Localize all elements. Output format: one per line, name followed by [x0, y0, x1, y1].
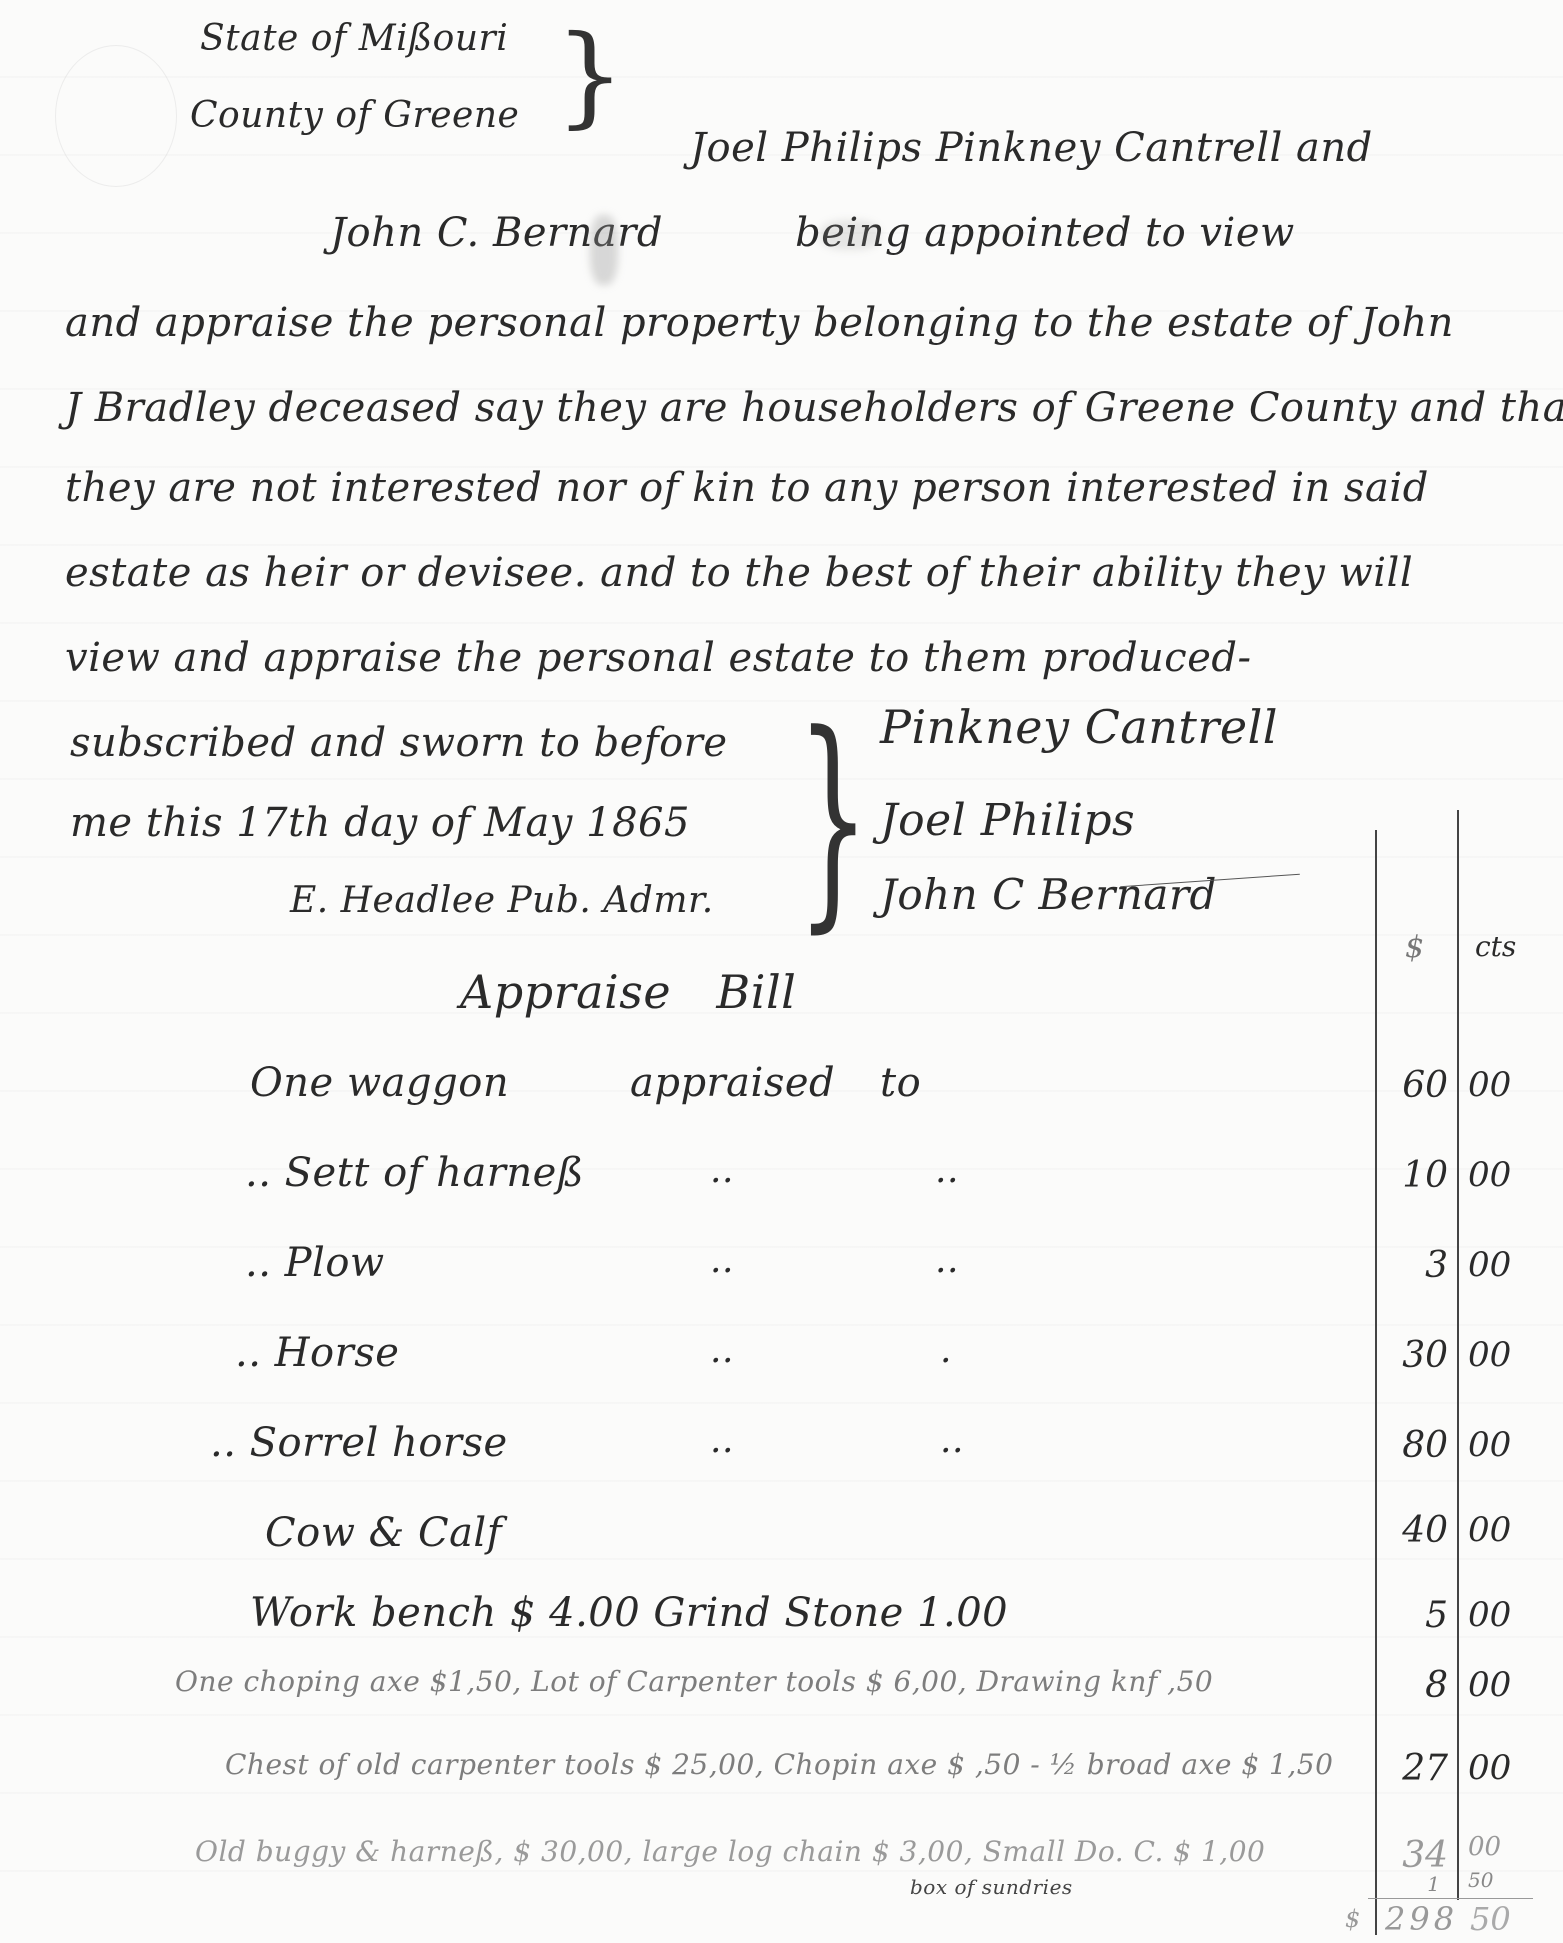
- cents-column-rule: [1457, 810, 1459, 1900]
- signature-2: Joel Philips: [880, 795, 1135, 846]
- ditto-mark: ..: [710, 1420, 734, 1461]
- item-dollars: 27: [1380, 1748, 1448, 1789]
- bill-title: Appraise Bill: [460, 965, 796, 1019]
- state-heading: State of Mißouri: [200, 18, 508, 59]
- item-dollars: 40: [1380, 1510, 1448, 1551]
- item-cents: 00: [1468, 1065, 1511, 1105]
- item-dollars: 1: [1380, 1872, 1440, 1896]
- total-rule: [1368, 1898, 1533, 1899]
- item-description: Chest of old carpenter tools $ 25,00, Ch…: [225, 1748, 1333, 1781]
- cents-column-header: cts: [1475, 930, 1516, 963]
- county-heading: County of Greene: [190, 95, 519, 136]
- item-dollars: 10: [1380, 1155, 1448, 1196]
- item-to-label: to: [880, 1060, 921, 1106]
- oath-line-3: and appraise the personal property belon…: [65, 300, 1454, 346]
- item-description: One waggon: [250, 1060, 509, 1106]
- oath-line-7: view and appraise the personal estate to…: [65, 635, 1252, 681]
- item-description: .. Horse: [235, 1330, 399, 1376]
- item-cents: 00: [1468, 1510, 1511, 1550]
- dollars-column-header: $: [1405, 930, 1424, 965]
- item-cents: 00: [1468, 1335, 1511, 1375]
- signature-1: Pinkney Cantrell: [880, 700, 1278, 754]
- oath-line-1: Joel Philips Pinkney Cantrell and: [690, 125, 1373, 171]
- oath-line-2: John C. Bernard being appointed to view: [330, 210, 1295, 256]
- item-cents: 00: [1468, 1425, 1511, 1465]
- embossed-seal: [55, 45, 177, 187]
- heading-brace: }: [555, 20, 625, 130]
- ditto-mark: ..: [710, 1330, 734, 1371]
- item-cents: 00: [1468, 1832, 1501, 1862]
- jurat-line-2: me this 17th day of May 1865: [70, 800, 690, 846]
- ditto-mark: ..: [940, 1420, 964, 1461]
- dollars-column-rule: [1375, 830, 1377, 1935]
- total-dollars: 298: [1385, 1900, 1458, 1938]
- ditto-mark: ..: [710, 1240, 734, 1281]
- item-cents: 00: [1468, 1665, 1511, 1705]
- oath-line-5: they are not interested nor of kin to an…: [65, 465, 1429, 511]
- item-description: One choping axe $1,50, Lot of Carpenter …: [175, 1665, 1213, 1698]
- item-dollars: 60: [1380, 1065, 1448, 1106]
- item-description: Old buggy & harneß, $ 30,00, large log c…: [195, 1835, 1265, 1868]
- item-dollars: 30: [1380, 1335, 1448, 1376]
- item-cents: 50: [1468, 1868, 1493, 1892]
- item-dollars: 34: [1380, 1835, 1448, 1876]
- signature-brace: }: [797, 705, 870, 935]
- item-dollars: 80: [1380, 1425, 1448, 1466]
- item-appraised-label: appraised: [630, 1060, 835, 1106]
- jurat-official: E. Headlee Pub. Admr.: [290, 880, 714, 921]
- oath-line-4: J Bradley deceased say they are househol…: [65, 385, 1563, 431]
- jurat-line-1: subscribed and sworn to before: [70, 720, 728, 766]
- ditto-mark: ..: [710, 1150, 734, 1191]
- total-cents: 50: [1470, 1900, 1511, 1938]
- ditto-mark: ..: [935, 1240, 959, 1281]
- item-dollars: 3: [1380, 1245, 1448, 1286]
- ditto-mark: .: [940, 1330, 952, 1371]
- oath-line-6: estate as heir or devisee. and to the be…: [65, 550, 1413, 596]
- item-description: .. Plow: [245, 1240, 385, 1286]
- item-dollars: 5: [1380, 1595, 1448, 1636]
- total-currency: $: [1345, 1905, 1360, 1933]
- signature-3: John C Bernard: [880, 870, 1217, 919]
- item-description: Work bench $ 4.00 Grind Stone 1.00: [250, 1590, 1008, 1636]
- item-cents: 00: [1468, 1155, 1511, 1195]
- item-cents: 00: [1468, 1595, 1511, 1635]
- item-description: .. Sett of harneß: [245, 1150, 584, 1196]
- ditto-mark: ..: [935, 1150, 959, 1191]
- document-page: State of Mißouri County of Greene } Joel…: [0, 0, 1563, 1943]
- item-description: Cow & Calf: [265, 1510, 502, 1556]
- item-cents: 00: [1468, 1245, 1511, 1285]
- item-description: .. Sorrel horse: [210, 1420, 508, 1466]
- item-cents: 00: [1468, 1748, 1511, 1788]
- ink-smudge: [590, 215, 618, 285]
- item-dollars: 8: [1380, 1665, 1448, 1706]
- item-description: box of sundries: [910, 1875, 1073, 1899]
- ink-smudge: [820, 220, 880, 250]
